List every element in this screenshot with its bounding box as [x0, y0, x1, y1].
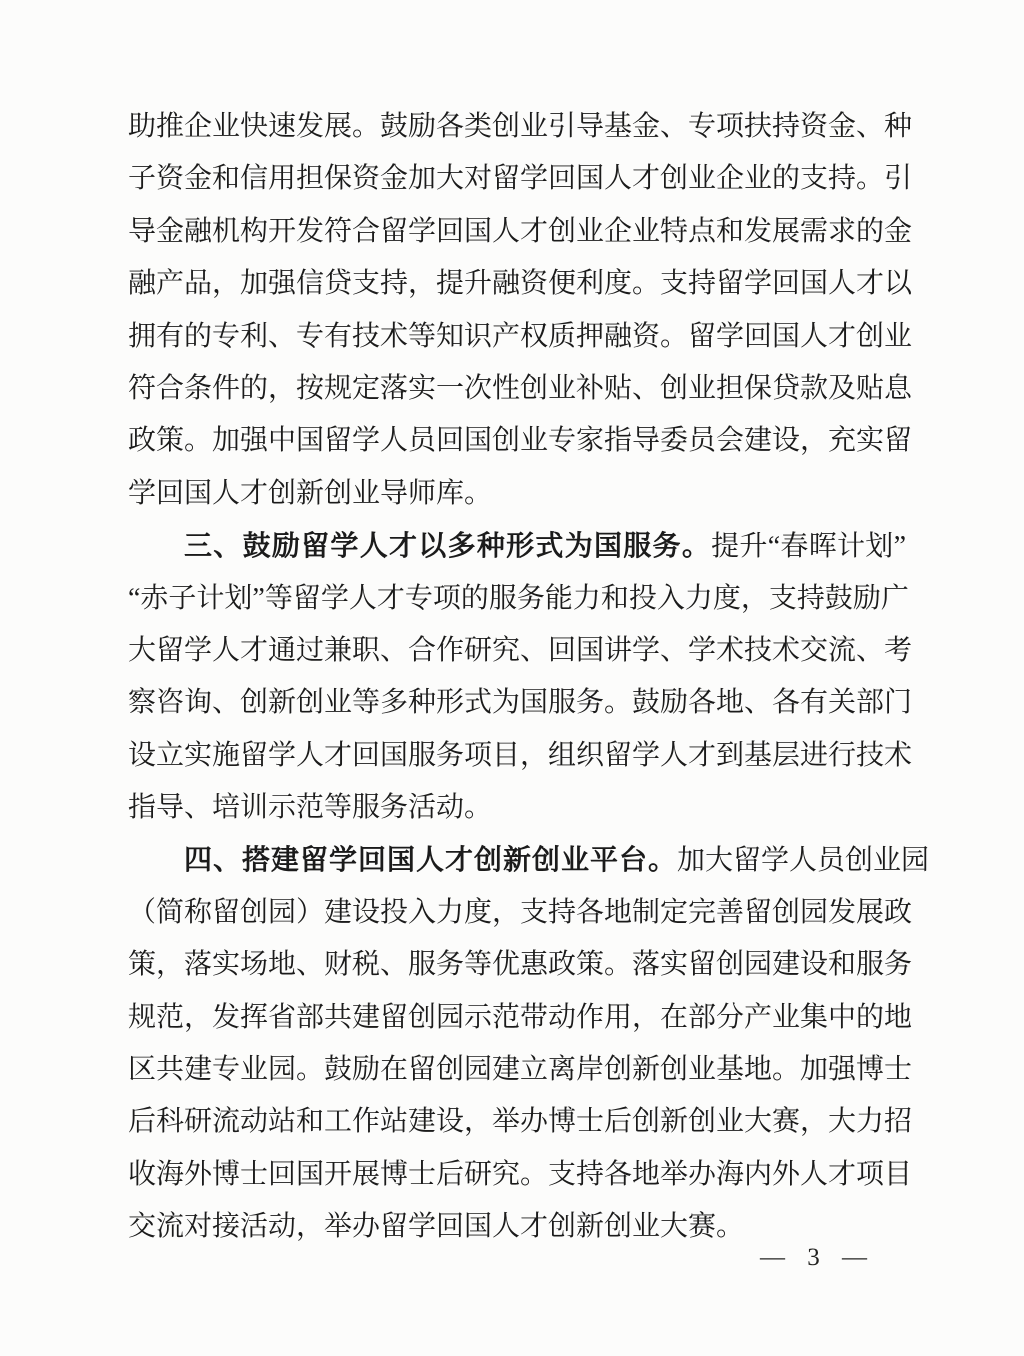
- line-text: （简称留创园）建设投入力度，支持各地制定完善留创园发展政: [128, 897, 912, 928]
- line-text: 策，落实场地、财税、服务等优惠政策。落实留创园建设和服务: [128, 949, 912, 980]
- document-body: 助推企业快速发展。鼓励各类创业引导基金、专项扶持资金、种子资金和信用担保资金加大…: [128, 101, 906, 1254]
- line-text: 符合条件的，按规定落实一次性创业补贴、创业担保贷款及贴息: [128, 373, 912, 404]
- text-line: （简称留创园）建设投入力度，支持各地制定完善留创园发展政: [128, 887, 906, 939]
- line-text: 交流对接活动，举办留学回国人才创新创业大赛。: [128, 1211, 744, 1242]
- line-text: 后科研流动站和工作站建设，举办博士后创新创业大赛，大力招: [128, 1106, 912, 1137]
- text-line: 子资金和信用担保资金加大对留学回国人才创业企业的支持。引: [128, 153, 906, 205]
- line-text: 子资金和信用担保资金加大对留学回国人才创业企业的支持。引: [128, 163, 912, 194]
- line-text: 拥有的专利、专有技术等知识产权质押融资。留学回国人才创业: [128, 321, 912, 352]
- line-text: 收海外博士回国开展博士后研究。支持各地举办海内外人才项目: [128, 1159, 912, 1190]
- line-text: 融产品，加强信贷支持，提升融资便利度。支持留学回国人才以: [128, 268, 912, 299]
- line-text: 察咨询、创新创业等多种形式为国服务。鼓励各地、各有关部门: [128, 687, 912, 718]
- line-text: 助推企业快速发展。鼓励各类创业引导基金、专项扶持资金、种: [128, 111, 912, 142]
- text-line: 助推企业快速发展。鼓励各类创业引导基金、专项扶持资金、种: [128, 101, 906, 153]
- text-line: 融产品，加强信贷支持，提升融资便利度。支持留学回国人才以: [128, 258, 906, 310]
- line-text: 区共建专业园。鼓励在留创园建立离岸创新创业基地。加强博士: [128, 1054, 912, 1085]
- text-line: 后科研流动站和工作站建设，举办博士后创新创业大赛，大力招: [128, 1096, 906, 1148]
- line-text: 学回国人才创新创业导师库。: [128, 478, 492, 509]
- section-heading: 四、搭建留学回国人才创新创业平台。: [184, 844, 677, 875]
- text-line: 政策。加强中国留学人员回国创业专家指导委员会建设，充实留: [128, 415, 906, 467]
- text-line: 策，落实场地、财税、服务等优惠政策。落实留创园建设和服务: [128, 939, 906, 991]
- line-text: 设立实施留学人才回国服务项目，组织留学人才到基层进行技术: [128, 740, 912, 771]
- text-line: “赤子计划”等留学人才专项的服务能力和投入力度，支持鼓励广: [128, 573, 906, 625]
- text-line: 收海外博士回国开展博士后研究。支持各地举办海内外人才项目: [128, 1149, 906, 1201]
- line-text: “赤子计划”等留学人才专项的服务能力和投入力度，支持鼓励广: [128, 583, 909, 614]
- line-text: 规范，发挥省部共建留创园示范带动作用，在部分产业集中的地: [128, 1002, 912, 1033]
- line-text: 大留学人才通过兼职、合作研究、回国讲学、学术技术交流、考: [128, 635, 912, 666]
- text-line: 区共建专业园。鼓励在留创园建立离岸创新创业基地。加强博士: [128, 1044, 906, 1096]
- text-line: 大留学人才通过兼职、合作研究、回国讲学、学术技术交流、考: [128, 625, 906, 677]
- text-line: 察咨询、创新创业等多种形式为国服务。鼓励各地、各有关部门: [128, 677, 906, 729]
- text-line: 导金融机构开发符合留学回国人才创业企业特点和发展需求的金: [128, 206, 906, 258]
- text-line: 拥有的专利、专有技术等知识产权质押融资。留学回国人才创业: [128, 311, 906, 363]
- section-heading: 三、鼓励留学人才以多种形式为国服务。: [184, 530, 711, 561]
- line-text: 政策。加强中国留学人员回国创业专家指导委员会建设，充实留: [128, 425, 912, 456]
- line-text: 加大留学人员创业园: [677, 845, 929, 876]
- text-line: 学回国人才创新创业导师库。: [128, 468, 906, 520]
- text-line: 设立实施留学人才回国服务项目，组织留学人才到基层进行技术: [128, 730, 906, 782]
- page-number: — 3 —: [760, 1244, 875, 1272]
- text-line: 规范，发挥省部共建留创园示范带动作用，在部分产业集中的地: [128, 992, 906, 1044]
- document-page: 助推企业快速发展。鼓励各类创业引导基金、专项扶持资金、种子资金和信用担保资金加大…: [0, 0, 1024, 1356]
- line-text: 指导、培训示范等服务活动。: [128, 792, 492, 823]
- text-line: 指导、培训示范等服务活动。: [128, 782, 906, 834]
- text-line: 三、鼓励留学人才以多种形式为国服务。提升“春晖计划”: [128, 520, 906, 572]
- text-line: 符合条件的，按规定落实一次性创业补贴、创业担保贷款及贴息: [128, 363, 906, 415]
- line-text: 导金融机构开发符合留学回国人才创业企业特点和发展需求的金: [128, 216, 912, 247]
- line-text: 提升“春晖计划”: [711, 531, 906, 562]
- text-line: 四、搭建留学回国人才创新创业平台。加大留学人员创业园: [128, 834, 906, 886]
